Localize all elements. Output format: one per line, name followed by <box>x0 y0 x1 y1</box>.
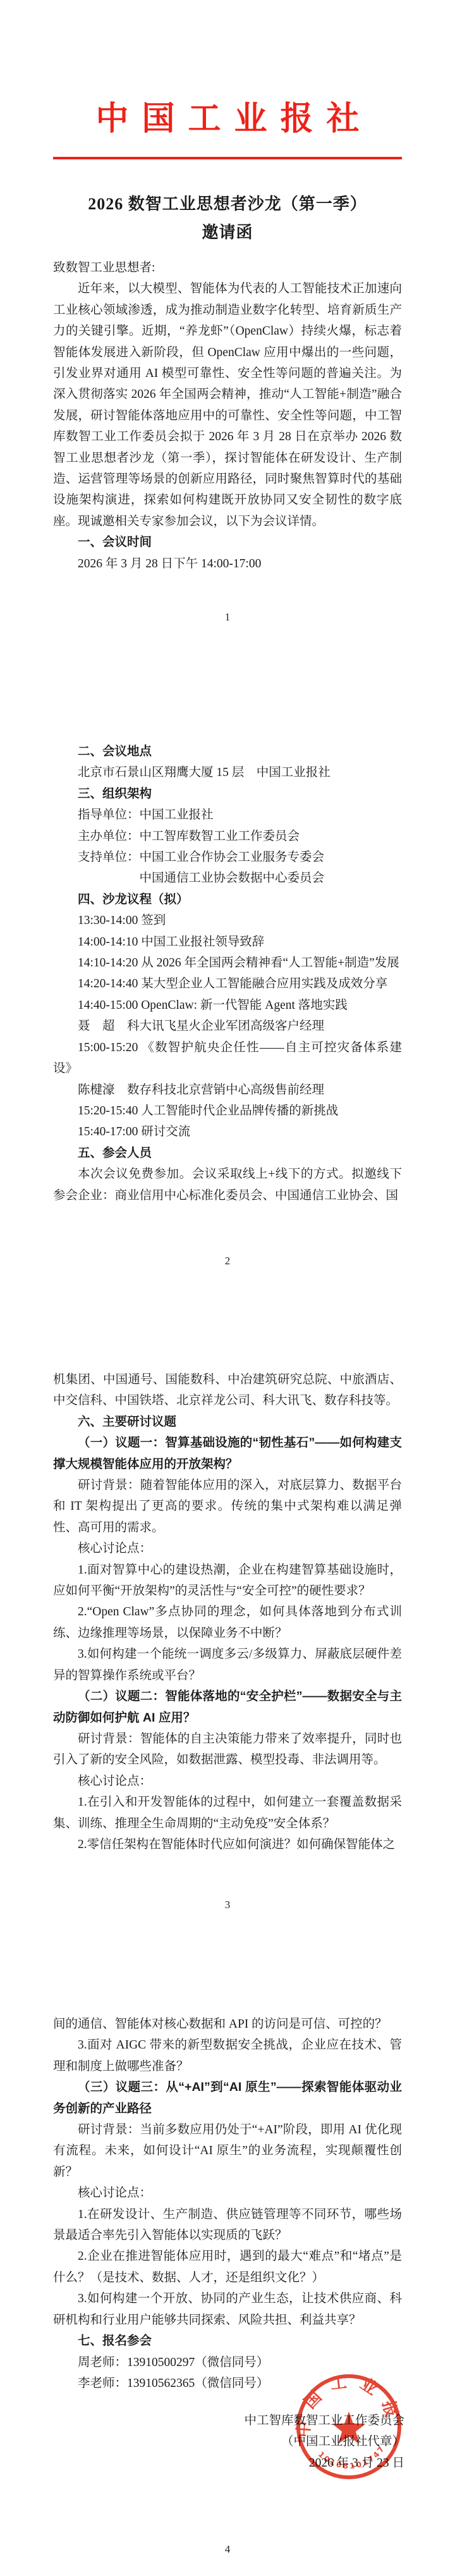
paragraph: 2.企业在推进智能体应用时，遇到的最大“难点”和“堵点”是什么？（是技术、数据、… <box>53 2246 402 2288</box>
paragraph: 机集团、中国通号、国能数科、中冶建筑研究总院、中旅酒店、中交信科、中国铁塔、北京… <box>53 1369 402 1412</box>
section-heading: 二、会议地点 <box>53 741 402 762</box>
paragraph: 3.如何构建一个能统一调度多云/多级算力、屏蔽底层硬件差异的智算操作系统或平台？ <box>53 1644 402 1686</box>
paragraph: 2026 年 3 月 28 日下午 14:00-17:00 <box>53 553 402 574</box>
document-title: 2026 数智工业思想者沙龙（第一季） 邀请函 <box>53 190 402 247</box>
paragraph: 核心讨论点： <box>53 2183 402 2203</box>
letterhead-divider <box>53 157 402 159</box>
paragraph: 核心讨论点： <box>53 1538 402 1559</box>
paragraph: 研讨背景：随着智能体应用的深入，对底层算力、数据平台和 IT 架构提出了更高的要… <box>53 1475 402 1538</box>
invitation-document: 中国工业报社 2026 数智工业思想者沙龙（第一季） 邀请函 致数智工业思想者:… <box>0 0 455 2576</box>
section-heading: 一、会议时间 <box>53 532 402 553</box>
section-heading: （三）议题三：从“+AI”到“AI 原生”——探索智能体驱动业务创新的产业路径 <box>53 2077 402 2119</box>
page-1-body: 致数智工业思想者:近年来，以大模型、智能体为代表的人工智能技术正加速向工业核心领… <box>53 257 402 574</box>
paragraph: 中国通信工业协会数据中心委员会 <box>53 868 402 889</box>
section-heading: （一）议题一：智算基础设施的“韧性基石”——如何构建支撑大规模智能体应用的开放架… <box>53 1433 402 1475</box>
signature-date: 2026 年 3 月 23 日 <box>244 2453 404 2474</box>
signature-on-behalf: （中国工业报社代章） <box>244 2431 404 2452</box>
section-heading: 七、报名参会 <box>53 2331 402 2351</box>
paragraph: 间的通信、智能体对核心数据和 API 的访问是可信、可控的？ <box>53 2014 402 2035</box>
section-heading: （二）议题二：智能体落地的“安全护栏”——数据安全与主动防御如何护航 AI 应用… <box>53 1686 402 1729</box>
paragraph: 3.面对 AIGC 带来的新型数据安全挑战，企业应在技术、管理和制度上做哪些准备… <box>53 2035 402 2077</box>
signature-org: 中工智库数智工业工作委员会 <box>244 2410 404 2431</box>
paragraph: 研讨背景：智能体的自主决策能力带来了效率提升，同时也引入了新的安全风险，如数据泄… <box>53 1729 402 1771</box>
paragraph: 14:00-14:10 中国工业报社领导致辞 <box>53 932 402 952</box>
page-3: 机集团、中国通号、国能数科、中冶建筑研究总院、中旅酒店、中交信科、中国铁塔、北京… <box>0 1288 455 1932</box>
page-1: 中国工业报社 2026 数智工业思想者沙龙（第一季） 邀请函 致数智工业思想者:… <box>0 0 455 644</box>
paragraph: 致数智工业思想者: <box>53 257 402 278</box>
paragraph: 李老师：13910562365（微信同号） <box>53 2373 402 2394</box>
page-2-body: 二、会议地点北京市石景山区翔鹰大厦 15 层 中国工业报社三、组织架构指导单位：… <box>53 644 402 1206</box>
paragraph: 周老师：13910500297（微信同号） <box>53 2352 402 2373</box>
paragraph: 核心讨论点： <box>53 1771 402 1792</box>
paragraph: 15:00-15:20 《数智护航央企任性——自主可控灾备体系建设》 <box>53 1037 402 1080</box>
paragraph: 2.零信任架构在智能体时代应如何演进？如何确保智能体之 <box>53 1834 402 1855</box>
paragraph: 研讨背景：当前多数应用仍处于“+AI”阶段，即用 AI 优化现有流程。未来，如何… <box>53 2119 402 2183</box>
page-number: 1 <box>0 611 455 624</box>
paragraph: 15:40-17:00 研讨交流 <box>53 1121 402 1142</box>
section-heading: 五、参会人员 <box>53 1143 402 1164</box>
letterhead-org-name: 中国工业报社 <box>53 0 402 136</box>
page-number: 3 <box>0 1899 455 1911</box>
document-title-line2: 邀请函 <box>53 218 402 247</box>
paragraph: 14:20-14:40 某大型企业人工智能融合应用实践及成效分享 <box>53 973 402 994</box>
paragraph: 3.如何构建一个开放、协同的产业生态，让技术供应商、科研机构和行业用户能够共同探… <box>53 2288 402 2331</box>
section-heading: 六、主要研讨议题 <box>53 1412 402 1433</box>
document-title-line1: 2026 数智工业思想者沙龙（第一季） <box>53 190 402 218</box>
page-number: 2 <box>0 1255 455 1267</box>
paragraph: 支持单位：中国工业合作协会工业服务专委会 <box>53 847 402 868</box>
paragraph: 14:40-15:00 OpenClaw: 新一代智能 Agent 落地实践 <box>53 995 402 1016</box>
page-2: 二、会议地点北京市石景山区翔鹰大厦 15 层 中国工业报社三、组织架构指导单位：… <box>0 644 455 1288</box>
page-3-body: 机集团、中国通号、国能数科、中冶建筑研究总院、中旅酒店、中交信科、中国铁塔、北京… <box>53 1288 402 1855</box>
paragraph: 陈楗濠 数存科技北京营销中心高级售前经理 <box>53 1080 402 1100</box>
paragraph: 1.面对智算中心的建设热潮，企业在构建智算基础设施时，应如何平衡“开放架构”的灵… <box>53 1560 402 1602</box>
paragraph: 近年来，以大模型、智能体为代表的人工智能技术正加速向工业核心领域渗透，成为推动制… <box>53 278 402 532</box>
paragraph: 北京市石景山区翔鹰大厦 15 层 中国工业报社 <box>53 762 402 783</box>
page-4: 间的通信、智能体对核心数据和 API 的访问是可信、可控的？3.面对 AIGC … <box>0 1932 455 2576</box>
paragraph: 2.“Open Claw”多点协同的理念，如何具体落地到分布式训练、边缘推理等场… <box>53 1601 402 1644</box>
paragraph: 本次会议免费参加。会议采取线上+线下的方式。拟邀线下参会企业：商业信用中心标准化… <box>53 1164 402 1206</box>
paragraph: 聂 超 科大讯飞星火企业军团高级客户经理 <box>53 1016 402 1037</box>
paragraph: 14:10-14:20 从 2026 年全国两会精神看“人工智能+制造”发展 <box>53 952 402 973</box>
paragraph: 主办单位：中工智库数智工业工作委员会 <box>53 826 402 847</box>
signature-block: 中工智库数智工业工作委员会 （中国工业报社代章） 2026 年 3 月 23 日 <box>244 2410 404 2474</box>
section-heading: 三、组织架构 <box>53 784 402 804</box>
paragraph: 1.在引入和开发智能体的过程中，如何建立一套覆盖数据采集、训练、推理全生命周期的… <box>53 1792 402 1834</box>
page-number: 4 <box>0 2543 455 2556</box>
section-heading: 四、沙龙议程（拟） <box>53 889 402 910</box>
paragraph: 13:30-14:00 签到 <box>53 910 402 931</box>
paragraph: 指导单位：中国工业报社 <box>53 804 402 825</box>
page-4-body: 间的通信、智能体对核心数据和 API 的访问是可信、可控的？3.面对 AIGC … <box>53 1932 402 2394</box>
paragraph: 15:20-15:40 人工智能时代企业品牌传播的新挑战 <box>53 1100 402 1121</box>
paragraph: 1.在研发设计、生产制造、供应链管理等不同环节，哪些场景最适合率先引入智能体以实… <box>53 2204 402 2246</box>
